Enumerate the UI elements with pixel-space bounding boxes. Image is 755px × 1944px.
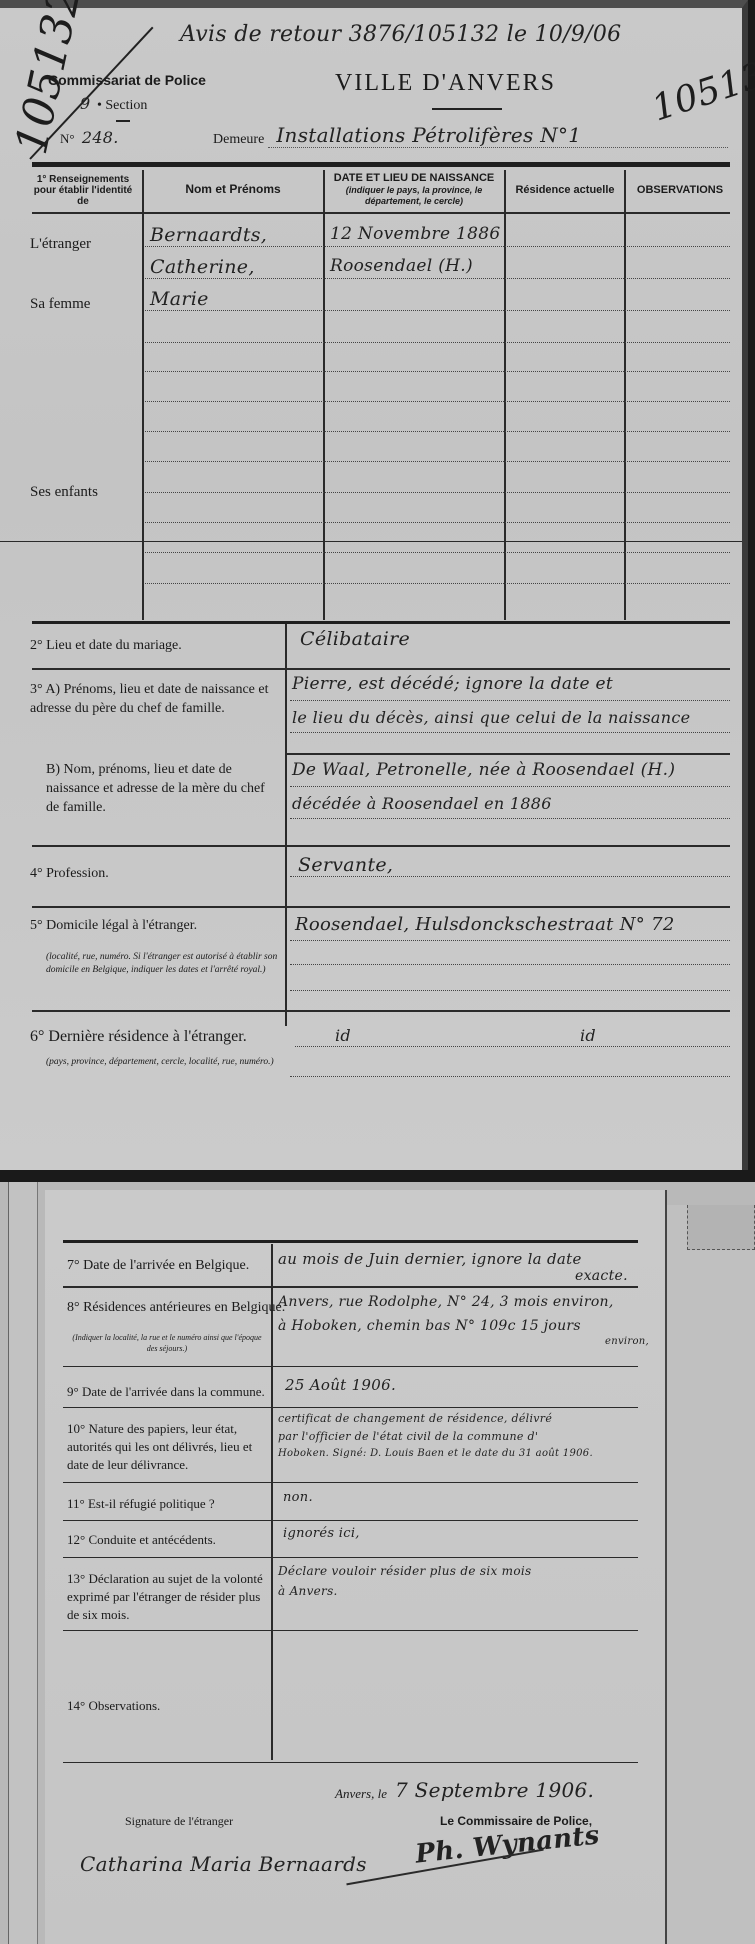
section-2-label: 2° Lieu et date du mariage.: [30, 638, 182, 654]
section-rule: [63, 1286, 638, 1288]
column-header-observations: OBSERVATIONS: [626, 184, 734, 196]
section-13-value-line2: à Anvers.: [278, 1584, 338, 1598]
stranger-signature-label: Signature de l'étranger: [125, 1814, 233, 1829]
number-value: 248.: [82, 128, 119, 147]
residence-label: Demeure: [213, 132, 264, 148]
row-dotline: [290, 732, 730, 733]
section-9-label: 9° Date de l'arrivée dans la commune.: [67, 1384, 265, 1400]
column-header-identity: 1° Renseignements pour établir l'identit…: [28, 174, 138, 207]
number-label: N°: [60, 131, 75, 146]
surname-value: Bernaardts,: [150, 224, 267, 246]
row-label-children: Ses enfants: [30, 484, 98, 501]
section-3b-value-line2: décédée à Roosendael en 1886: [292, 794, 552, 813]
column-header-birth: DATE ET LIEU DE NAISSANCE: [325, 172, 503, 184]
section-8-value-line2: à Hoboken, chemin bas N° 109c 15 jours: [278, 1318, 581, 1334]
section-line: 9 • Section: [80, 94, 147, 114]
row-label-stranger: L'étranger: [30, 236, 91, 253]
section-label: • Section: [97, 98, 147, 113]
signing-date-value: 7 Septembre 1906.: [395, 1778, 594, 1802]
section-7-value-line2: exacte.: [575, 1268, 628, 1284]
middle-name-value: Marie: [150, 288, 209, 310]
fold-line: [0, 541, 742, 542]
row-dotline: [290, 990, 730, 991]
section-6-value-2: id: [580, 1026, 596, 1045]
row-dotline: [145, 522, 730, 523]
table-top-rule: [63, 1240, 638, 1243]
row-dotline: [290, 964, 730, 965]
section-7-label: 7° Date de l'arrivée en Belgique.: [67, 1258, 249, 1274]
section-rule: [63, 1557, 638, 1558]
row-dotline: [290, 1076, 730, 1077]
row-dotline: [290, 818, 730, 819]
section-14-label: 14° Observations.: [67, 1698, 160, 1714]
section-3a-value-line2: le lieu du décès, ainsi que celui de la …: [292, 708, 690, 727]
section-2-value: Célibataire: [300, 628, 410, 650]
section-rule: [63, 1762, 638, 1763]
commissariat-heading: Commissariat de Police: [48, 72, 206, 88]
section-4-label: 4° Profession.: [30, 866, 109, 882]
first-name-value: Catherine,: [150, 256, 255, 278]
section-rule: [32, 906, 730, 908]
birth-place-value: Roosendael (H.): [330, 256, 473, 276]
form-page-2: 7° Date de l'arrivée en Belgique. au moi…: [45, 1190, 667, 1944]
section-11-label: 11° Est-il réfugié politique ?: [67, 1496, 215, 1512]
section-10-value-line2: par l'officier de l'état civil de la com…: [278, 1430, 538, 1443]
section-3a-value-line1: Pierre, est décédé; ignore la date et: [292, 674, 613, 694]
divider: [116, 120, 130, 122]
section-8-value-line3: environ,: [605, 1336, 649, 1347]
return-notice-annotation: Avis de retour 3876/105132 le 10/9/06: [180, 22, 621, 47]
row-dotline: [290, 700, 730, 701]
section-rule: [287, 753, 730, 755]
row-dotline: [145, 401, 730, 402]
archive-number-right: 105132: [647, 47, 755, 129]
section-6-label: 6° Dernière résidence à l'étranger.: [30, 1028, 247, 1046]
section-6-value-1: id: [335, 1026, 351, 1045]
column-header-residence: Résidence actuelle: [506, 184, 624, 196]
file-number: N° 248.: [60, 128, 119, 147]
stranger-signature: Catharina Maria Bernaards: [80, 1852, 367, 1876]
row-dotline: [145, 371, 730, 372]
section-10-value-line3: Hoboken. Signé: D. Louis Baen et le date…: [278, 1448, 593, 1459]
residence-value: Installations Pétrolifères N°1: [276, 123, 581, 147]
row-dotline: [295, 1046, 730, 1047]
section-13-value-line1: Déclare vouloir résider plus de six mois: [278, 1564, 531, 1578]
section-11-value: non.: [283, 1490, 313, 1505]
section-8-value-line1: Anvers, rue Rodolphe, N° 24, 3 mois envi…: [278, 1294, 614, 1310]
section-number: 9: [80, 94, 90, 113]
section-rule: [32, 1010, 730, 1012]
birth-date-value: 12 Novembre 1886: [330, 224, 500, 244]
row-dotline: [290, 786, 730, 787]
row-dotline: [145, 342, 730, 343]
section-8-hint: (Indiquer la localité, la rue et le numé…: [67, 1332, 267, 1354]
section-rule: [63, 1482, 638, 1483]
row-dotline: [145, 310, 730, 311]
section-3b-value-line1: De Waal, Petronelle, née à Roosendael (H…: [292, 760, 675, 780]
place-date-label: Anvers, le: [335, 1786, 387, 1802]
column-divider: [142, 170, 144, 620]
section-6-hint: (pays, province, département, cercle, lo…: [46, 1056, 286, 1069]
section-10-label: 10° Nature des papiers, leur état, autor…: [67, 1420, 267, 1474]
table-bottom-rule: [32, 621, 730, 624]
section-3b-label: B) Nom, prénoms, lieu et date de naissan…: [46, 760, 278, 817]
section-12-value: ignorés ici,: [283, 1526, 360, 1541]
section-5-hint: (localité, rue, numéro. Si l'étranger es…: [46, 951, 278, 977]
section-8-label: 8° Résidences antérieures en Belgique.: [67, 1300, 285, 1316]
row-dotline: [145, 431, 730, 432]
section-rule: [63, 1407, 638, 1408]
table-top-rule: [32, 166, 730, 167]
section-5-value: Roosendael, Hulsdonckschestraat N° 72: [295, 914, 675, 935]
header-bottom-rule: [32, 212, 730, 214]
section-9-value: 25 Août 1906.: [285, 1376, 396, 1394]
section-rule: [63, 1520, 638, 1521]
city-title: VILLE D'ANVERS: [335, 70, 556, 97]
section-rule: [32, 668, 730, 670]
section-5-label: 5° Domicile légal à l'étranger.: [30, 918, 197, 934]
birth-column-hint: (indiquer le pays, la province, le dépar…: [330, 185, 498, 207]
section-7-value-line1: au mois de Juin dernier, ignore la date: [278, 1250, 582, 1268]
section-4-value: Servante,: [298, 854, 393, 876]
row-dotline: [145, 583, 730, 584]
row-dotline: [145, 461, 730, 462]
row-dotline: [290, 940, 730, 941]
divider: [432, 108, 502, 110]
section-3a-label: 3° A) Prénoms, lieu et date de naissance…: [30, 680, 275, 718]
row-dotline: [145, 492, 730, 493]
row-dotline: [145, 552, 730, 553]
section-rule: [63, 1630, 638, 1631]
row-label-wife: Sa femme: [30, 296, 90, 313]
column-header-name: Nom et Prénoms: [144, 183, 322, 195]
section-12-label: 12° Conduite et antécédents.: [67, 1532, 216, 1548]
underlying-page-edge: [667, 1205, 755, 1944]
residence-field: Demeure Installations Pétrolifères N°1: [213, 126, 728, 148]
row-dotline: [290, 876, 730, 877]
section-column-divider: [285, 624, 287, 1026]
row-dotline: [145, 246, 730, 247]
section-rule: [32, 845, 730, 847]
section-10-value-line1: certificat de changement de résidence, d…: [278, 1412, 552, 1425]
row-dotline: [145, 278, 730, 279]
section-13-label: 13° Déclaration au sujet de la volonté e…: [67, 1570, 267, 1624]
section-rule: [63, 1366, 638, 1367]
section-column-divider: [271, 1244, 273, 1760]
form-page-1: 105132 105132 Avis de retour 3876/105132…: [0, 0, 748, 1170]
